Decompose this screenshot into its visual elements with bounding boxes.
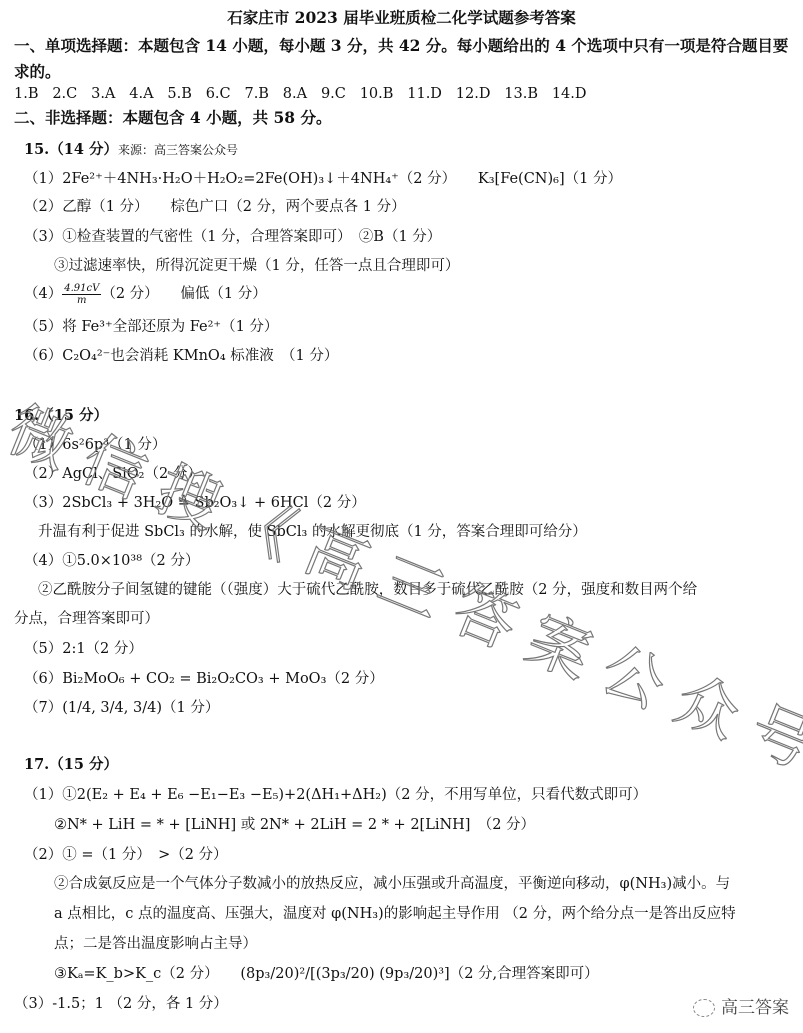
answer: 12.D [456,86,491,102]
channel-logo: 高三答案 [693,993,789,1018]
logo-text: 高三答案 [721,998,789,1018]
q17-answer-3: （3）-1.5；1 （2 分，各 1 分） [14,992,228,1013]
q16-answer-6: （6）Bi₂MoO₆ + CO₂ = Bi₂O₂CO₃ + MoO₃（2 分） [24,667,384,688]
wechat-icon [693,999,715,1017]
answer: 11.D [407,86,442,102]
q17-answer-2c: a 点相比，c 点的温度高、压强大，温度对 φ(NH₃)的影响起主导作用 （2 … [54,902,736,923]
answer: 4.A [129,86,153,102]
document-title: 石家庄市 2023 届毕业班质检二化学试题参考答案 [0,6,803,28]
label: （4） [24,286,62,302]
q16-answer-2: （2）AgCl、SiO₂（2 分） [24,462,202,483]
q16-answer-4c: 分点，合理答案即可） [14,607,159,628]
score: （2 分） 偏低（1 分） [101,286,266,302]
answer: 8.A [283,86,307,102]
q17-answer-2: （2）① =（1 分） >（2 分） [24,843,228,864]
q16-answer-7: （7）(1/4, 3/4, 3/4)（1 分） [24,696,219,717]
q17-answer-1b: ②N* + LiH = * + [LiNH] 或 2N* + 2LiH = 2 … [54,813,535,834]
answer: 1.B [14,86,39,102]
answer: 7.B [244,86,269,102]
part1-heading-cont: 求的。 [14,60,61,82]
q16-answer-4b: ②乙酰胺分子间氢键的键能（（强度）大于硫代乙酰胺，数目多于硫代乙酰胺（2 分，强… [38,578,697,599]
answer: 14.D [552,86,587,102]
q17-header: 17.（15 分） [24,753,118,774]
q15-answer-5: （5）将 Fe³⁺全部还原为 Fe²⁺（1 分） [24,315,278,336]
q15-header: 15.（14 分）来源：高三答案公众号 [24,138,238,159]
part2-heading: 二、非选择题：本题包含 4 小题，共 58 分。 [14,106,331,128]
q16-answer-3b: 升温有利于促进 SbCl₃ 的水解，使 SbCl₃ 的水解更彻底（1 分，答案合… [38,520,587,541]
q16-answer-4: （4）①5.0×10³⁸（2 分） [24,549,199,570]
q15-answer-3b: ③过滤速率快，所得沉淀更干燥（1 分，任答一点且合理即可） [54,254,459,275]
mc-answers: 1.B 2.C 3.A 4.A 5.B 6.C 7.B 8.A 9.C 10.B… [14,86,587,102]
source-note: 来源：高三答案公众号 [118,143,238,157]
answer: 13.B [504,86,538,102]
answer: 10.B [360,86,394,102]
q15-answer-4: （4）4.91cVm（2 分） 偏低（1 分） [24,282,267,306]
q17-answer-2b: ②合成氨反应是一个气体分子数减小的放热反应，减小压强或升高温度，平衡逆向移动，φ… [54,872,730,893]
q16-answer-3: （3）2SbCl₃ + 3H₂O ≜ Sb₂O₃↓ + 6HCl（2 分） [24,491,366,512]
q15-score: 15.（14 分） [24,141,118,158]
q16-answer-1: （1）6s²6p³（1 分） [24,433,166,454]
q16-header: 16.（15 分） [14,404,108,425]
q17-answer-1: （1）①2(E₂ + E₄ + E₆ −E₁−E₃ −E₅)+2(ΔH₁+ΔH₂… [24,783,647,804]
answer: 9.C [321,86,346,102]
q15-answer-3: （3）①检查装置的气密性（1 分，合理答案即可） ②B（1 分） [24,225,441,246]
fraction: 4.91cVm [62,283,101,306]
answer: 2.C [52,86,77,102]
q17-answer-2d: 点；二是答出温度影响占主导） [54,932,257,953]
q15-answer-1: （1）2Fe²⁺＋4NH₃·H₂O＋H₂O₂=2Fe(OH)₃↓＋4NH₄⁺（2… [24,167,622,188]
numerator: 4.91cV [62,283,101,295]
answer: 3.A [91,86,115,102]
q16-answer-5: （5）2:1（2 分） [24,637,143,658]
q15-answer-2: （2）乙醇（1 分） 棕色广口（2 分，两个要点各 1 分） [24,195,406,216]
q15-answer-6: （6）C₂O₄²⁻也会消耗 KMnO₄ 标准液 （1 分） [24,344,338,365]
q17-answer-2e: ③Kₐ=K_b>K_c（2 分） (8p₃/20)²/[(3p₃/20) (9p… [54,962,599,983]
answer: 6.C [206,86,231,102]
denominator: m [62,295,101,306]
part1-heading: 一、单项选择题：本题包含 14 小题，每小题 3 分，共 42 分。每小题给出的… [14,34,788,56]
answer: 5.B [167,86,192,102]
